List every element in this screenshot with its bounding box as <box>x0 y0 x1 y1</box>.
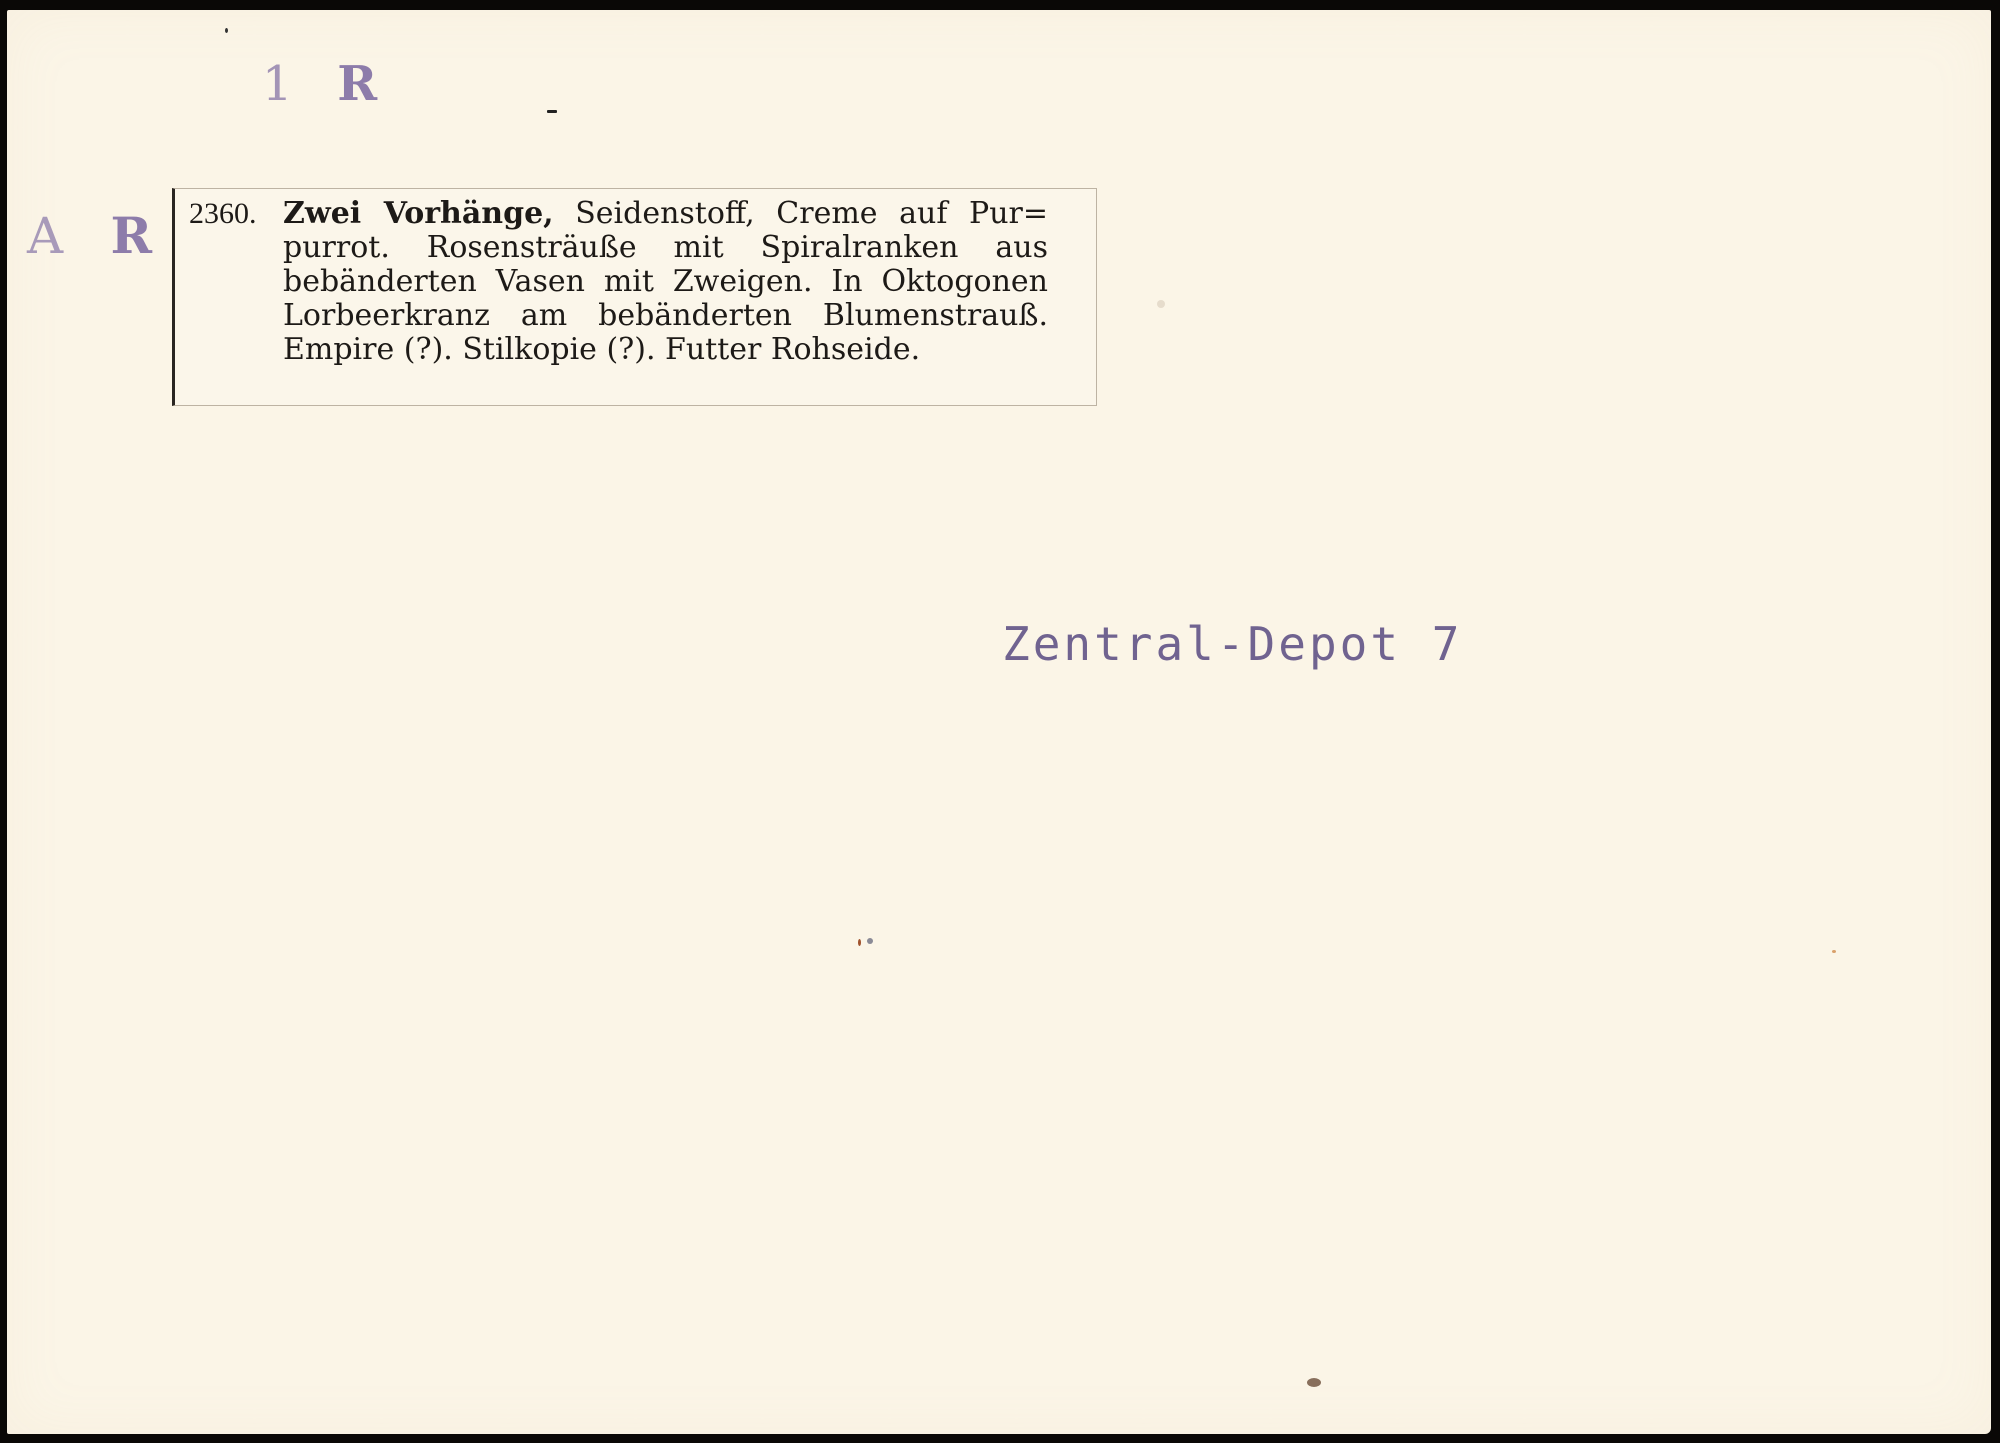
lot-title: Zwei Vorhänge, <box>283 196 554 231</box>
lot-number: 2360. <box>189 197 283 231</box>
paper-speck <box>867 938 873 944</box>
stamp-ar: A R <box>27 206 154 266</box>
stamp-1r: 1 R <box>262 54 379 114</box>
photo-card-back: 1 R A R 2360.Zwei Vorhänge, Seidenstoff,… <box>7 10 1991 1434</box>
stamp-ar-letter-r: R <box>111 206 155 265</box>
paper-speck <box>1157 300 1165 308</box>
depot-stamp: Zentral-Depot 7 <box>1002 616 1462 672</box>
paper-speck <box>547 110 557 113</box>
label-line-1: 2360.Zwei Vorhänge, Seidenstoff, Creme a… <box>189 197 1048 231</box>
label-line-3: bebänderten Vasen mit Zweigen. In Oktogo… <box>189 265 1048 299</box>
label-text-1: Seidenstoff, Creme auf Pur= <box>575 196 1048 231</box>
label-line-4: Lorbeerkranz am bebänderten Blumenstrauß… <box>189 299 1048 333</box>
stamp-ar-letter-a: A <box>27 207 65 265</box>
stamp-1r-number: 1 <box>262 56 295 112</box>
catalog-label-clipping: 2360.Zwei Vorhänge, Seidenstoff, Creme a… <box>172 188 1097 406</box>
label-line-5: Empire (?). Stilkopie (?). Futter Rohsei… <box>189 333 1048 367</box>
paper-speck <box>1307 1378 1321 1387</box>
paper-speck <box>858 939 861 946</box>
label-line-2: purrot. Rosensträuße mit Spiralranken au… <box>189 231 1048 265</box>
paper-speck <box>225 28 228 33</box>
paper-speck <box>1832 950 1836 953</box>
stamp-1r-letter: R <box>337 56 379 112</box>
